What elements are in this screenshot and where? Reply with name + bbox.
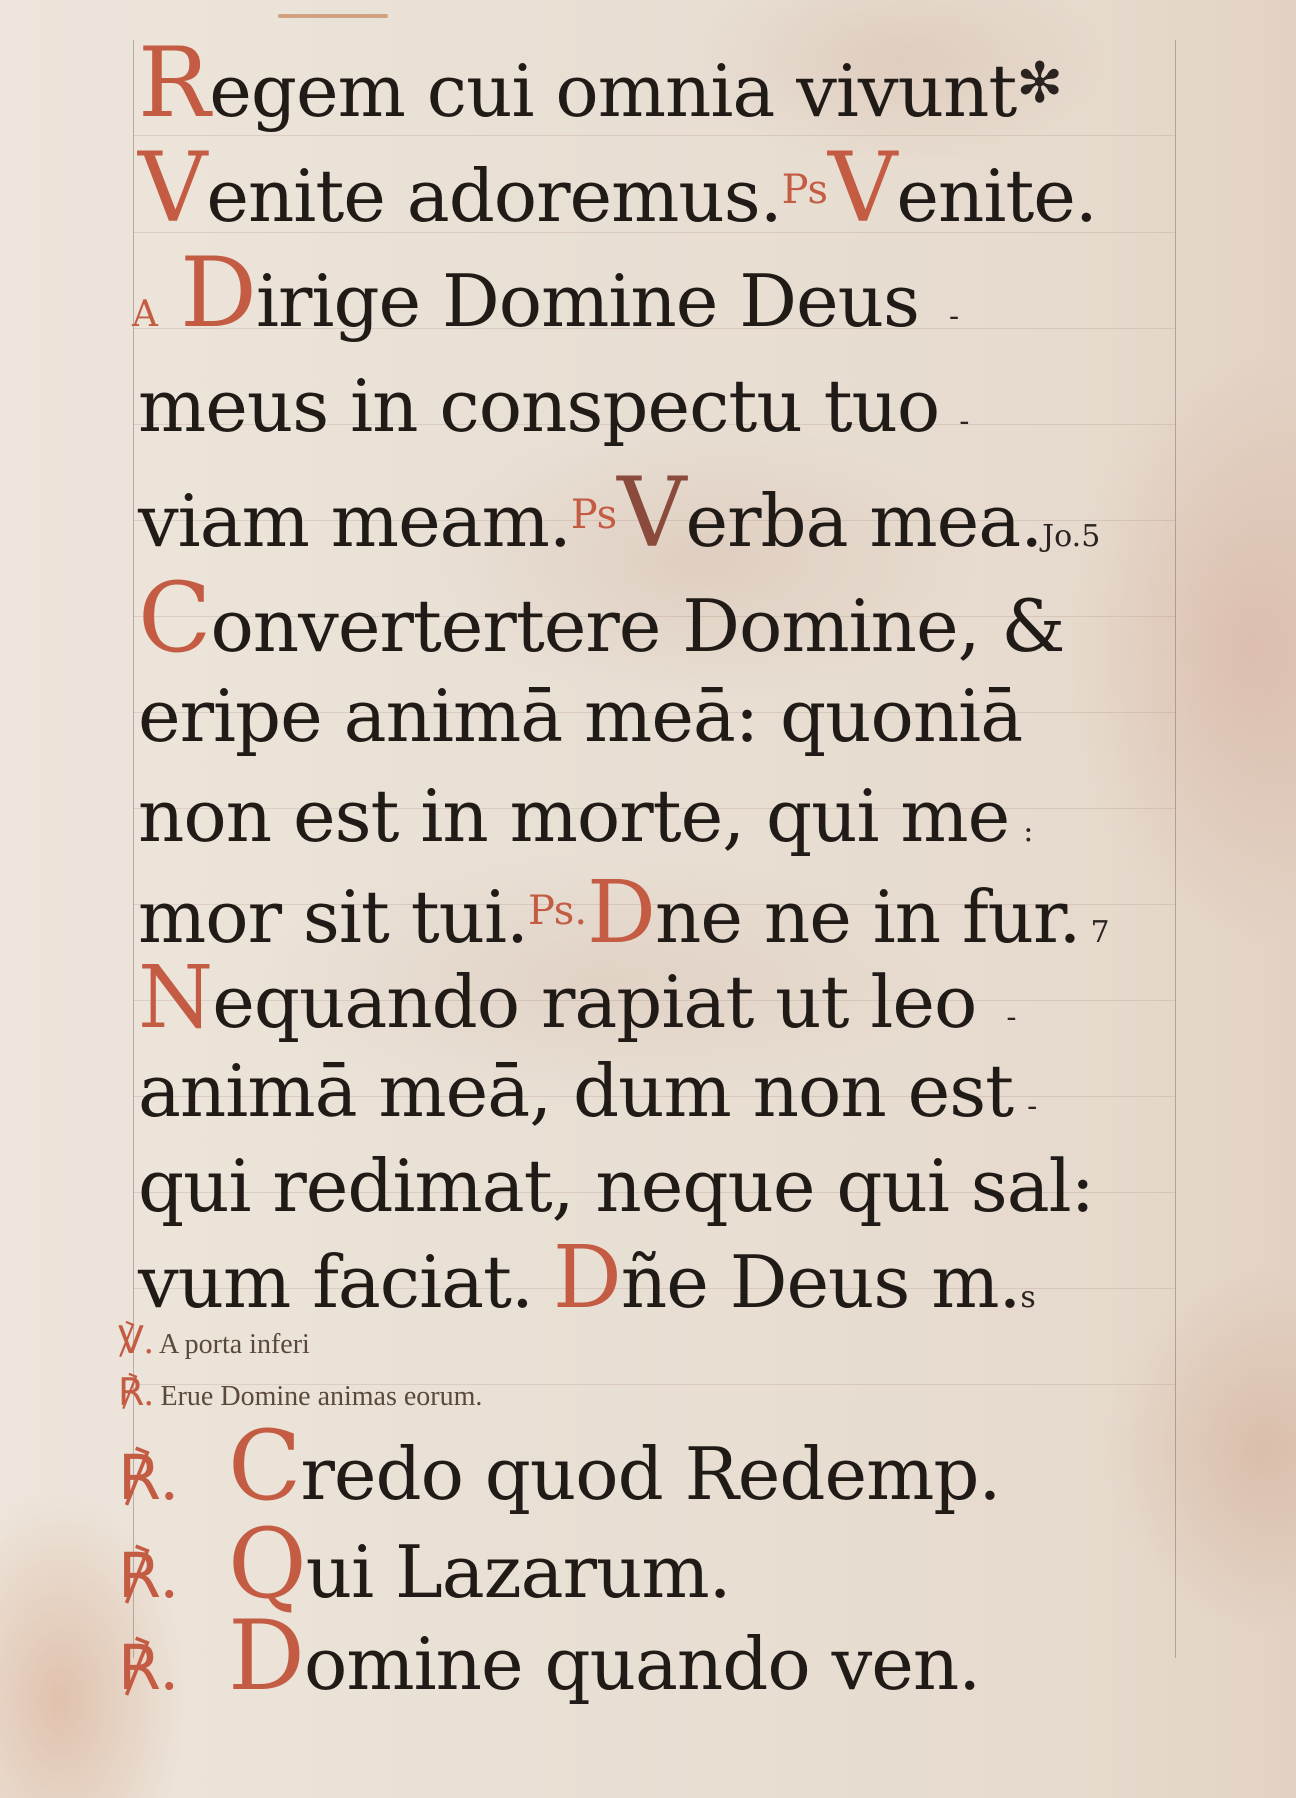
red-initial: D bbox=[180, 237, 256, 349]
text-line-4: meus in conspectu tuo- bbox=[138, 370, 969, 442]
line-text: ne ne in fur. bbox=[655, 875, 1080, 959]
text-line-2: Venite adoremus.PsVenite. bbox=[138, 140, 1097, 236]
text-line-7: eripe animā meā: quoniā bbox=[138, 680, 1022, 752]
line-text: eripe animā meā: quoniā bbox=[138, 674, 1022, 758]
responsory-text: redo quod Redemp. bbox=[300, 1432, 1000, 1516]
red-initial: N bbox=[138, 948, 212, 1048]
responsory-line-3: ℟.Domine quando ven. bbox=[118, 1600, 980, 1712]
text-line-13: vum faciat.Dñe Deus m.s bbox=[138, 1235, 1036, 1321]
psalm-rubric: Ps. bbox=[528, 888, 587, 934]
text-line-9: mor sit tui.Ps.Dne ne in fur.7 bbox=[138, 870, 1110, 956]
red-initial: D bbox=[587, 863, 655, 963]
asterisk-cross-icon: ✻ bbox=[1016, 51, 1062, 116]
line-text: ñe Deus m. bbox=[621, 1240, 1021, 1324]
psalm-rubric: Ps bbox=[571, 492, 617, 538]
line-text: mor sit tui. bbox=[138, 875, 528, 959]
red-initial: V bbox=[828, 132, 896, 244]
red-initial: C bbox=[138, 562, 210, 674]
line-text: erba mea. bbox=[685, 479, 1042, 563]
text-line-10: Nequando rapiat ut leo- bbox=[138, 955, 1016, 1041]
line-text: equando rapiat ut leo bbox=[212, 960, 976, 1044]
text-line-5: viam meam.PsVerba mea.Jo.5 bbox=[138, 465, 1100, 561]
text-line-6: Convertertere Domine, & bbox=[138, 570, 1065, 666]
line-text: viam meam. bbox=[138, 479, 571, 563]
response-text: Erue Domine animas eorum. bbox=[161, 1381, 483, 1412]
response-symbol: ℟. bbox=[118, 1631, 228, 1704]
antiphon-marker: A bbox=[132, 294, 158, 335]
ruling-line bbox=[133, 135, 1175, 136]
continuation-mark: : bbox=[1023, 814, 1033, 849]
responsory-text: omine quando ven. bbox=[304, 1622, 980, 1706]
text-line-3: ADirige Domine Deus- bbox=[132, 245, 959, 341]
red-initial: D bbox=[553, 1228, 621, 1328]
versicle-line: ℣. A porta inferi bbox=[118, 1318, 310, 1363]
text-line-1: Regem cui omnia vivunt✻ bbox=[138, 35, 1062, 131]
line-text: irige Domine Deus bbox=[256, 259, 919, 343]
manuscript-page: Regem cui omnia vivunt✻ Venite adoremus.… bbox=[0, 0, 1296, 1798]
text-line-11: animā meā, dum non est- bbox=[138, 1055, 1037, 1127]
right-ruling-line bbox=[1175, 40, 1176, 1658]
responsory-line-1: ℟.Credo quod Redemp. bbox=[118, 1410, 1000, 1522]
red-initial: D bbox=[228, 1600, 304, 1712]
line-text: non est in morte, qui me bbox=[138, 774, 1009, 858]
response-symbol: ℟. bbox=[118, 1372, 154, 1414]
psalm-rubric: Ps bbox=[782, 167, 828, 213]
red-initial: V bbox=[617, 457, 685, 569]
hyphen-mark: - bbox=[1027, 1089, 1037, 1124]
red-initial: R bbox=[138, 27, 209, 139]
response-symbol: ℟. bbox=[118, 1441, 228, 1514]
hyphen-mark: - bbox=[959, 404, 969, 439]
line-text: animā meā, dum non est bbox=[138, 1049, 1013, 1133]
line-text: enite. bbox=[896, 154, 1096, 238]
versicle-text: A porta inferi bbox=[159, 1329, 310, 1360]
line-text: qui redimat, neque qui sal: bbox=[138, 1144, 1094, 1228]
margin-note: s bbox=[1020, 1280, 1035, 1315]
hyphen-mark: - bbox=[949, 299, 959, 334]
margin-note: 7 bbox=[1090, 915, 1109, 950]
text-line-12: qui redimat, neque qui sal: bbox=[138, 1150, 1094, 1222]
line-text: enite adoremus. bbox=[206, 154, 781, 238]
hyphen-mark: - bbox=[1006, 1000, 1016, 1035]
versicle-symbol: ℣. bbox=[118, 1320, 154, 1362]
margin-note: Jo.5 bbox=[1042, 519, 1100, 554]
line-text: vum faciat. bbox=[138, 1240, 533, 1324]
top-edge-mark bbox=[278, 14, 388, 18]
text-line-8: non est in morte, qui me: bbox=[138, 780, 1033, 852]
line-text: meus in conspectu tuo bbox=[138, 364, 939, 448]
response-line: ℟. Erue Domine animas eorum. bbox=[118, 1370, 482, 1415]
line-text: onvertertere Domine, & bbox=[210, 584, 1064, 668]
red-initial: C bbox=[228, 1410, 300, 1522]
line-text: egem cui omnia vivunt bbox=[209, 49, 1016, 133]
red-initial: V bbox=[138, 132, 206, 244]
